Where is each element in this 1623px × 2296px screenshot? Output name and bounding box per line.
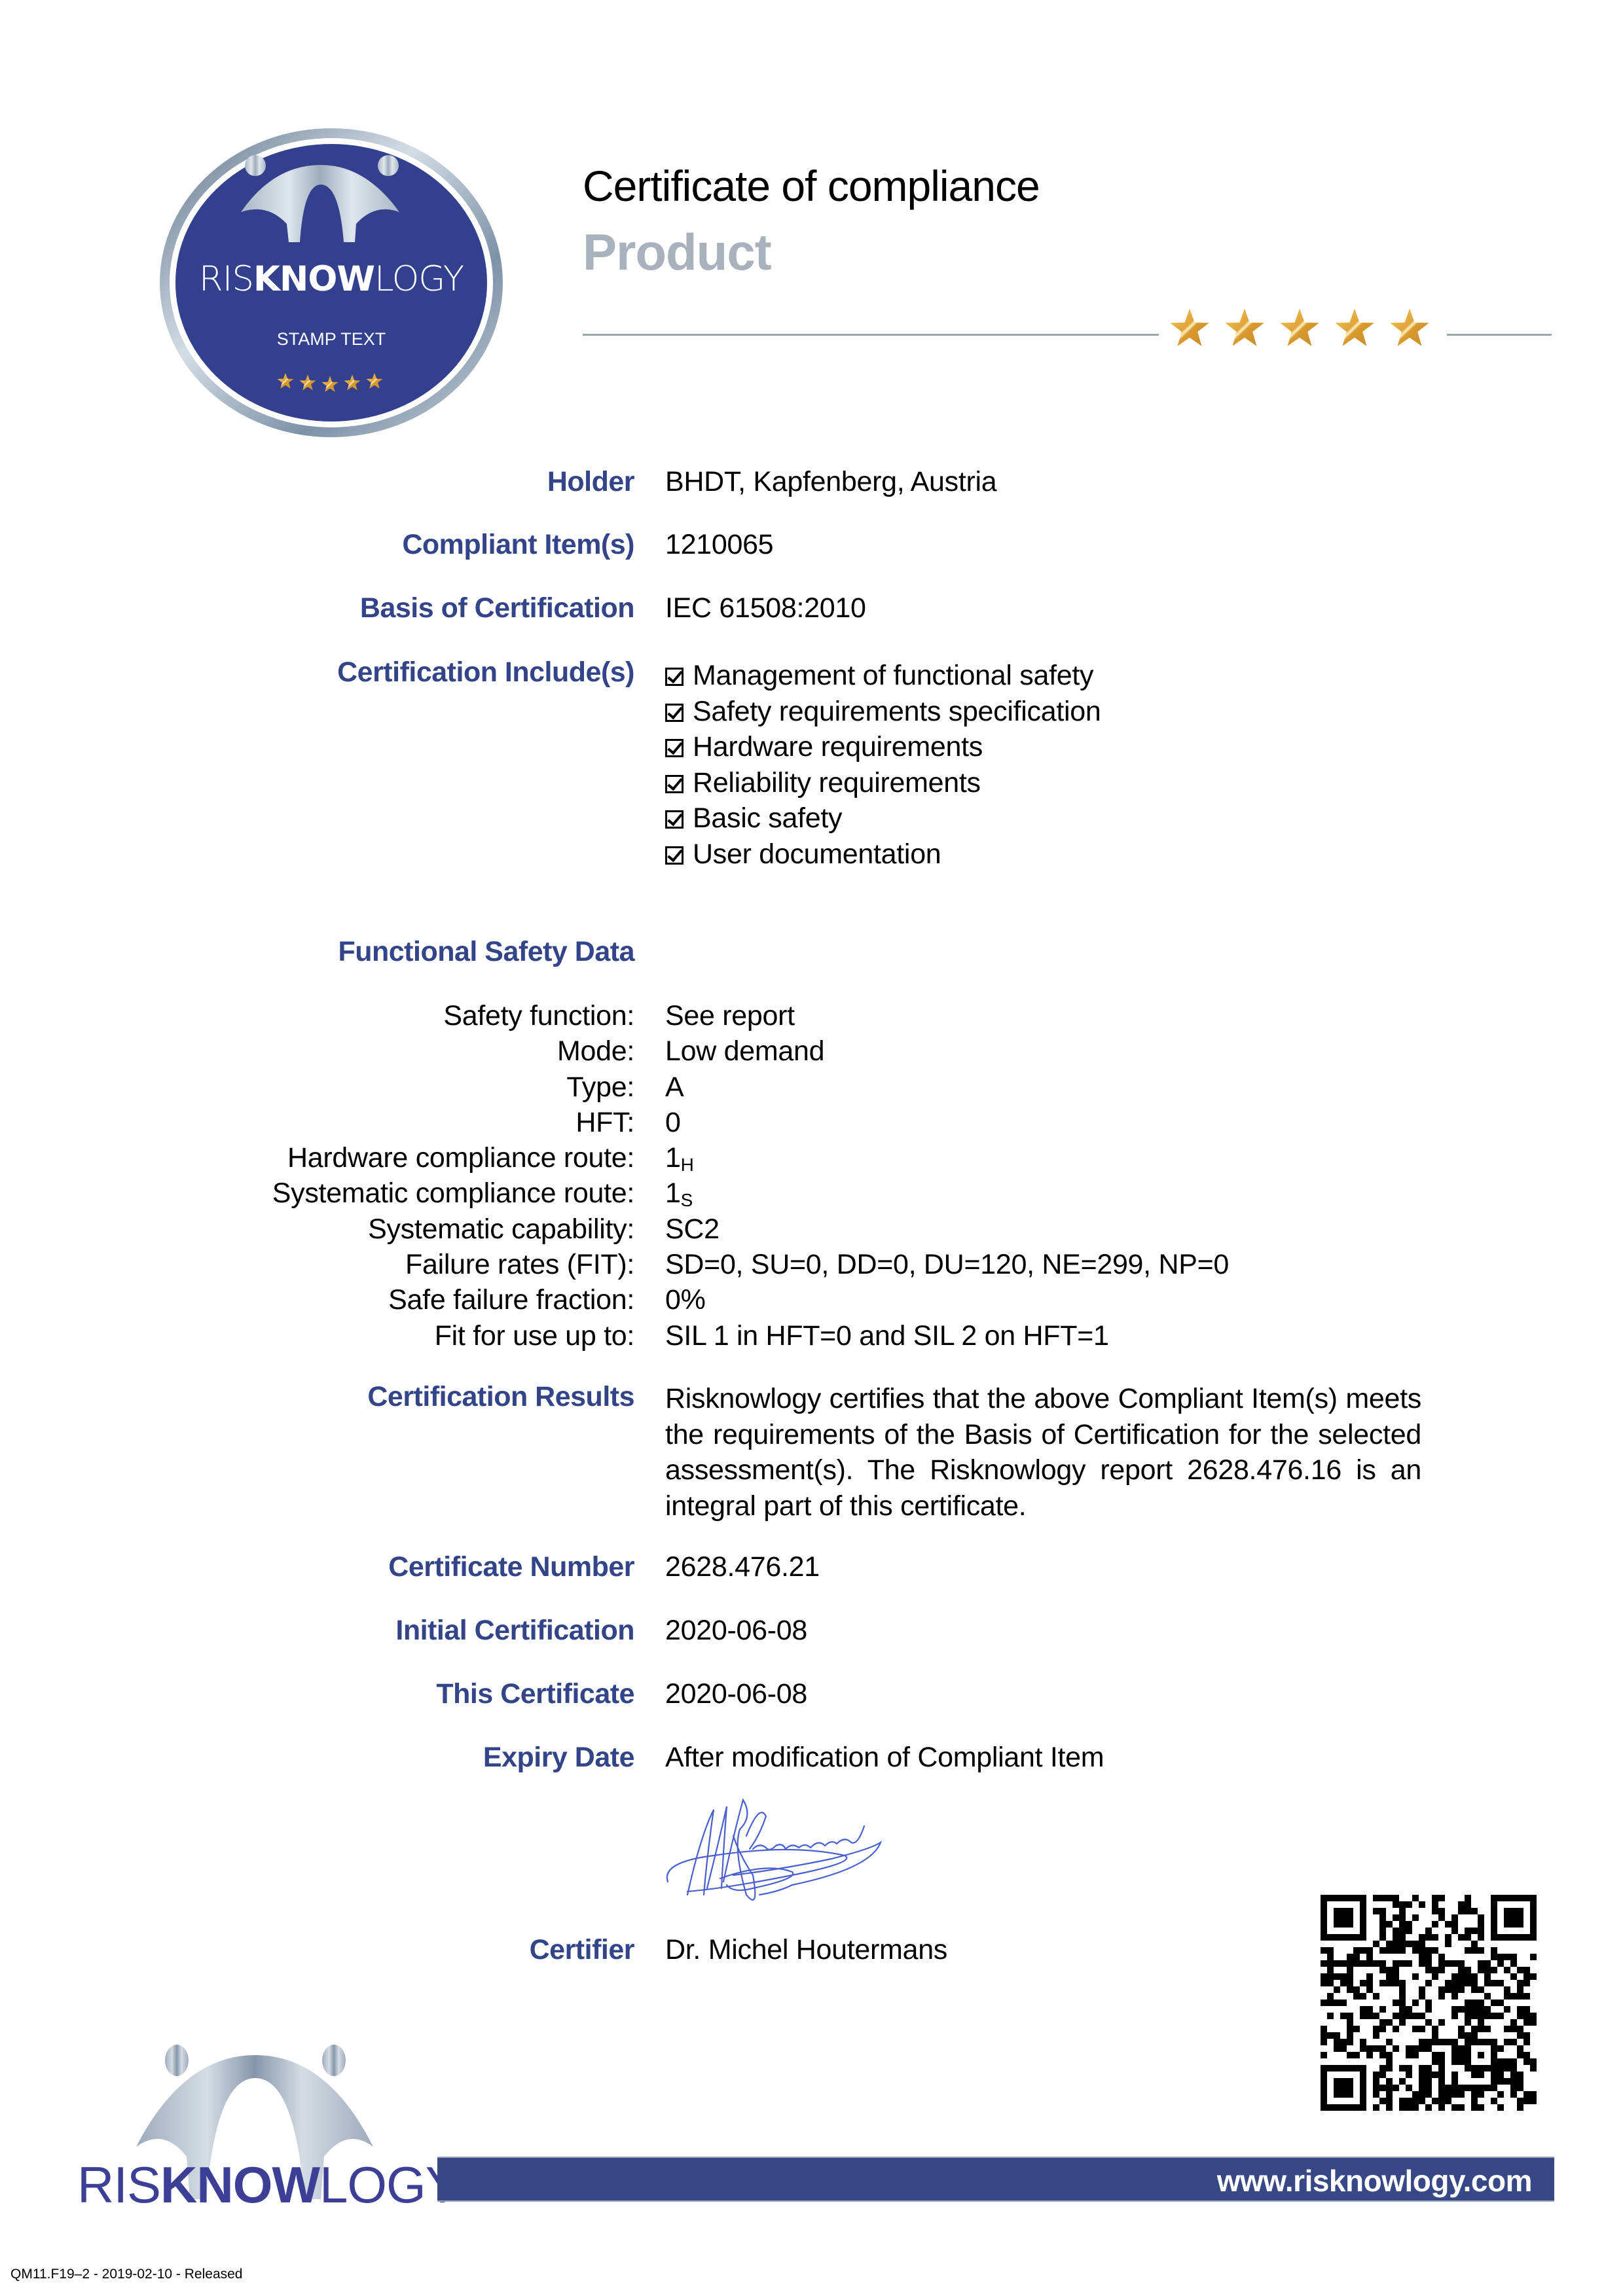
functional-safety-label: Safe failure fraction: <box>388 1284 634 1316</box>
star-icon <box>1387 308 1432 351</box>
document-control-code: QM11.F19–2 - 2019-02-10 - Released <box>10 2267 242 2282</box>
functional-safety-label: Systematic capability: <box>368 1213 634 1246</box>
includes-list: Management of functional safetySafety re… <box>665 658 1101 872</box>
holder-label: Holder <box>547 466 634 498</box>
functional-safety-row: Systematic capability:SC2 <box>0 1213 1623 1249</box>
included-item-label: Basic safety <box>693 802 842 834</box>
functional-safety-value: Low demand <box>665 1035 824 1067</box>
expiry-date-value: After modification of Compliant Item <box>665 1742 1104 1774</box>
functional-safety-table: Safety function:See reportMode:Low deman… <box>0 1000 1623 1355</box>
star-icon <box>1277 308 1322 351</box>
functional-safety-value: A <box>665 1071 684 1103</box>
checked-box-icon <box>665 668 684 686</box>
functional-safety-row: HFT:0 <box>0 1107 1623 1142</box>
page-subtitle: Product <box>583 223 771 282</box>
functional-safety-value: 1S <box>665 1177 693 1211</box>
compliant-items-value: 1210065 <box>665 529 773 561</box>
functional-safety-value: SC2 <box>665 1213 720 1246</box>
seal-stamp-text: STAMP TEXT <box>277 329 386 349</box>
included-item-label: Hardware requirements <box>693 731 983 762</box>
website-link[interactable]: www.risknowlogy.com <box>1217 2163 1532 2198</box>
results-label: Certification Results <box>367 1381 634 1413</box>
functional-safety-label: HFT: <box>575 1107 634 1139</box>
compliant-items-label: Compliant Item(s) <box>402 529 634 561</box>
checked-box-icon <box>665 739 684 757</box>
functional-safety-row: Type:A <box>0 1071 1623 1107</box>
functional-safety-row: Fit for use up to:SIL 1 in HFT=0 and SIL… <box>0 1320 1623 1355</box>
verification-qr-code[interactable] <box>1317 1895 1540 2111</box>
expiry-date-label: Expiry Date <box>483 1742 634 1774</box>
holder-value: BHDT, Kapfenberg, Austria <box>665 466 996 498</box>
functional-safety-heading: Functional Safety Data <box>338 936 634 968</box>
functional-safety-label: Hardware compliance route: <box>287 1142 634 1174</box>
header-divider-right <box>1447 334 1552 336</box>
functional-safety-value: 0% <box>665 1284 706 1316</box>
certifier-signature <box>661 1797 910 1914</box>
certificate-number-label: Certificate Number <box>388 1551 634 1583</box>
initial-certification-label: Initial Certification <box>395 1615 634 1647</box>
functional-safety-value: 1H <box>665 1142 694 1175</box>
included-item-label: Reliability requirements <box>693 767 981 798</box>
functional-safety-label: Mode: <box>557 1035 634 1067</box>
star-icon <box>1167 308 1213 351</box>
risknowlogy-seal: RISKNOWLOGY STAMP TEXT <box>156 126 507 440</box>
functional-safety-row: Systematic compliance route:1S <box>0 1177 1623 1213</box>
certifier-label: Certifier <box>530 1934 634 1966</box>
results-text: Risknowlogy certifies that the above Com… <box>665 1381 1421 1524</box>
included-item: User documentation <box>665 836 1101 872</box>
checked-box-icon <box>665 704 684 722</box>
star-icon <box>1332 308 1377 351</box>
functional-safety-value: SIL 1 in HFT=0 and SIL 2 on HFT=1 <box>665 1320 1109 1352</box>
seal-brand: RISKNOWLOGY <box>199 259 464 299</box>
functional-safety-label: Type: <box>566 1071 634 1103</box>
checked-box-icon <box>665 846 684 865</box>
functional-safety-label: Safety function: <box>443 1000 634 1032</box>
certifier-value: Dr. Michel Houtermans <box>665 1934 947 1966</box>
includes-label: Certification Include(s) <box>337 656 634 689</box>
included-item: Safety requirements specification <box>665 694 1101 730</box>
functional-safety-label: Fit for use up to: <box>435 1320 634 1352</box>
initial-certification-value: 2020-06-08 <box>665 1615 807 1647</box>
included-item: Basic safety <box>665 800 1101 836</box>
checked-box-icon <box>665 810 684 829</box>
functional-safety-label: Systematic compliance route: <box>272 1177 634 1210</box>
page-title: Certificate of compliance <box>583 161 1040 211</box>
this-certificate-label: This Certificate <box>436 1678 634 1710</box>
basis-value: IEC 61508:2010 <box>665 592 866 624</box>
header-divider-left <box>583 334 1159 336</box>
included-item: Hardware requirements <box>665 729 1101 765</box>
star-icon <box>1222 308 1267 351</box>
included-item: Reliability requirements <box>665 765 1101 801</box>
included-item-label: User documentation <box>693 838 941 870</box>
this-certificate-value: 2020-06-08 <box>665 1678 807 1710</box>
functional-safety-row: Safety function:See report <box>0 1000 1623 1035</box>
functional-safety-row: Hardware compliance route:1H <box>0 1142 1623 1177</box>
basis-label: Basis of Certification <box>360 592 634 624</box>
included-item: Management of functional safety <box>665 658 1101 694</box>
included-item-label: Safety requirements specification <box>693 696 1101 727</box>
functional-safety-row: Safe failure fraction:0% <box>0 1284 1623 1319</box>
footer-bar: www.risknowlogy.com <box>437 2157 1554 2202</box>
functional-safety-value: SD=0, SU=0, DD=0, DU=120, NE=299, NP=0 <box>665 1249 1229 1281</box>
functional-safety-row: Failure rates (FIT):SD=0, SU=0, DD=0, DU… <box>0 1249 1623 1284</box>
functional-safety-value: See report <box>665 1000 795 1032</box>
functional-safety-label: Failure rates (FIT): <box>405 1249 634 1281</box>
footer-brand-wordmark: RISKNOWLOGY <box>77 2155 459 2215</box>
functional-safety-value: 0 <box>665 1107 681 1139</box>
included-item-label: Management of functional safety <box>693 660 1093 691</box>
checked-box-icon <box>665 775 684 793</box>
functional-safety-row: Mode:Low demand <box>0 1035 1623 1071</box>
header-star-rating <box>1167 308 1442 353</box>
certificate-number-value: 2628.476.21 <box>665 1551 820 1583</box>
